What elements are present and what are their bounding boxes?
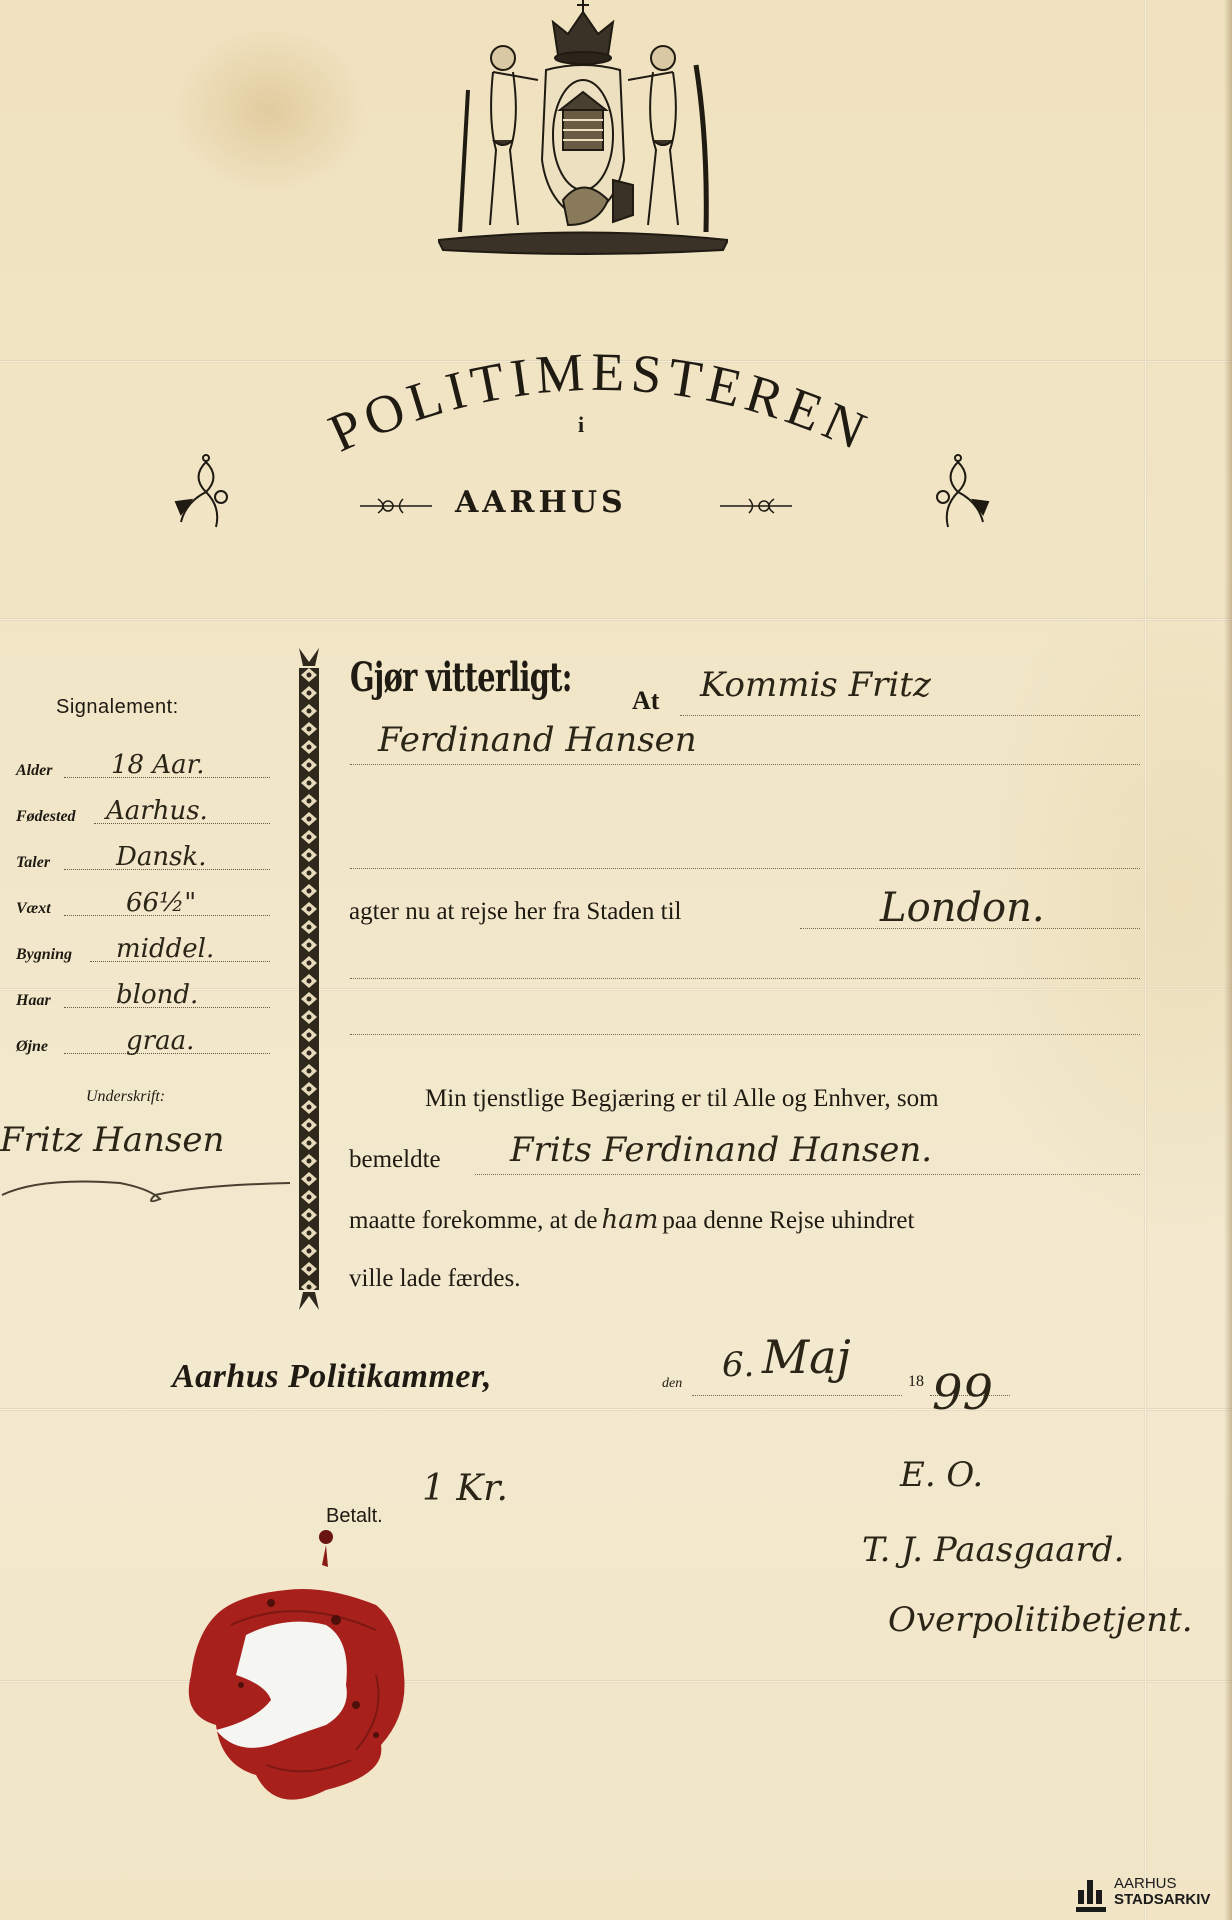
field-label: Øjne bbox=[16, 1038, 48, 1056]
signalement-row-vaext: Væxt 66½" bbox=[16, 890, 270, 920]
archive-logo-icon bbox=[1076, 1878, 1108, 1914]
ornamental-border bbox=[297, 648, 321, 1310]
signalement-row-alder: Alder 18 Aar. bbox=[16, 752, 270, 782]
flourish-ornament-icon bbox=[358, 496, 434, 516]
signoff-initials: E. O. bbox=[900, 1455, 983, 1495]
fold-line bbox=[0, 618, 1232, 621]
flourish-ornament-icon bbox=[166, 452, 246, 532]
fold-line bbox=[0, 1408, 1232, 1411]
wax-seal-icon bbox=[176, 1525, 416, 1835]
flourish-ornament-icon bbox=[718, 496, 794, 516]
bemeldte-value-handwritten: Frits Ferdinand Hansen. bbox=[510, 1130, 932, 1170]
travel-text: agter nu at rejse her fra Staden til bbox=[349, 898, 682, 926]
maatte-line: maatte forekomme, at dehampaa denne Rejs… bbox=[349, 1205, 914, 1235]
at-word: At bbox=[632, 686, 659, 716]
dateline-month: Maj bbox=[762, 1330, 851, 1384]
dotted-line bbox=[350, 764, 1140, 765]
field-label: Væxt bbox=[16, 900, 51, 918]
signalement-heading: Signalement: bbox=[56, 696, 179, 719]
svg-text:POLITIMESTEREN: POLITIMESTEREN bbox=[320, 342, 880, 464]
title-i: i bbox=[578, 412, 584, 438]
field-value: middel. bbox=[116, 934, 214, 964]
dotted-line bbox=[350, 1034, 1140, 1035]
dotted-line bbox=[475, 1174, 1140, 1175]
signalement-row-taler: Taler Dansk. bbox=[16, 844, 270, 874]
logo-line2: STADSARKIV bbox=[1114, 1892, 1210, 1908]
dateline-year-suffix: 99 bbox=[932, 1365, 993, 1421]
field-value: Dansk. bbox=[116, 842, 206, 872]
field-value: 18 Aar. bbox=[111, 750, 204, 780]
dateline-day: 6. bbox=[722, 1345, 754, 1385]
field-value: Aarhus. bbox=[106, 796, 208, 826]
name-line1-handwritten: Kommis Fritz bbox=[700, 665, 931, 705]
paper-edge bbox=[1224, 0, 1232, 1920]
maatte-pre: maatte forekomme, at de bbox=[349, 1207, 598, 1234]
field-label: Taler bbox=[16, 854, 50, 872]
bemeldte-label: bemeldte bbox=[349, 1146, 441, 1174]
field-value: 66½" bbox=[126, 888, 196, 918]
field-label: Fødested bbox=[16, 808, 76, 826]
dateline-place: Aarhus Politikammer, bbox=[172, 1358, 492, 1396]
underskrift-label: Underskrift: bbox=[86, 1088, 165, 1106]
dateline-den: den bbox=[662, 1376, 682, 1392]
logo-line1: AARHUS bbox=[1114, 1875, 1177, 1892]
betalt-value-handwritten: 1 Kr. bbox=[422, 1468, 508, 1509]
dotted-line bbox=[350, 978, 1140, 979]
archive-logo: AARHUS STADSARKIV bbox=[1076, 1876, 1226, 1916]
archive-logo-text: AARHUS STADSARKIV bbox=[1114, 1876, 1210, 1908]
field-label: Bygning bbox=[16, 946, 72, 964]
dotted-line bbox=[350, 868, 1140, 869]
name-line2-handwritten: Ferdinand Hansen bbox=[378, 720, 697, 760]
field-value: blond. bbox=[116, 980, 198, 1010]
dateline-year-prefix: 18 bbox=[908, 1373, 924, 1391]
field-label: Alder bbox=[16, 762, 52, 780]
destination-handwritten: London. bbox=[880, 885, 1045, 931]
signoff-name: T. J. Paasgaard. bbox=[862, 1530, 1124, 1570]
ville-line: ville lade færdes. bbox=[349, 1265, 520, 1293]
gjor-vitterligt-heading: Gjør vitterligt: bbox=[350, 654, 572, 701]
signalement-row-fodested: Fødested Aarhus. bbox=[16, 798, 270, 828]
dotted-line bbox=[680, 715, 1140, 716]
request-line1: Min tjenstlige Begjæring er til Alle og … bbox=[425, 1085, 939, 1113]
signalement-row-bygning: Bygning middel. bbox=[16, 936, 270, 966]
holder-signature: Fritz Hansen bbox=[0, 1120, 224, 1160]
signature-swash bbox=[0, 1175, 300, 1205]
maatte-insert-handwritten: ham bbox=[602, 1205, 659, 1235]
maatte-post: paa denne Rejse uhindret bbox=[662, 1207, 914, 1234]
field-label: Haar bbox=[16, 992, 51, 1010]
city-heading: AARHUS bbox=[455, 485, 627, 520]
dotted-line bbox=[692, 1395, 902, 1396]
signalement-row-haar: Haar blond. bbox=[16, 982, 270, 1012]
signoff-title: Overpolitibetjent. bbox=[888, 1600, 1193, 1640]
title-politimesteren: POLITIMESTEREN bbox=[320, 342, 880, 464]
field-value: graa. bbox=[126, 1026, 194, 1056]
danish-royal-coat-of-arms-icon bbox=[438, 0, 728, 255]
flourish-ornament-icon bbox=[918, 452, 998, 532]
signalement-row-ojne: Øjne graa. bbox=[16, 1028, 270, 1058]
